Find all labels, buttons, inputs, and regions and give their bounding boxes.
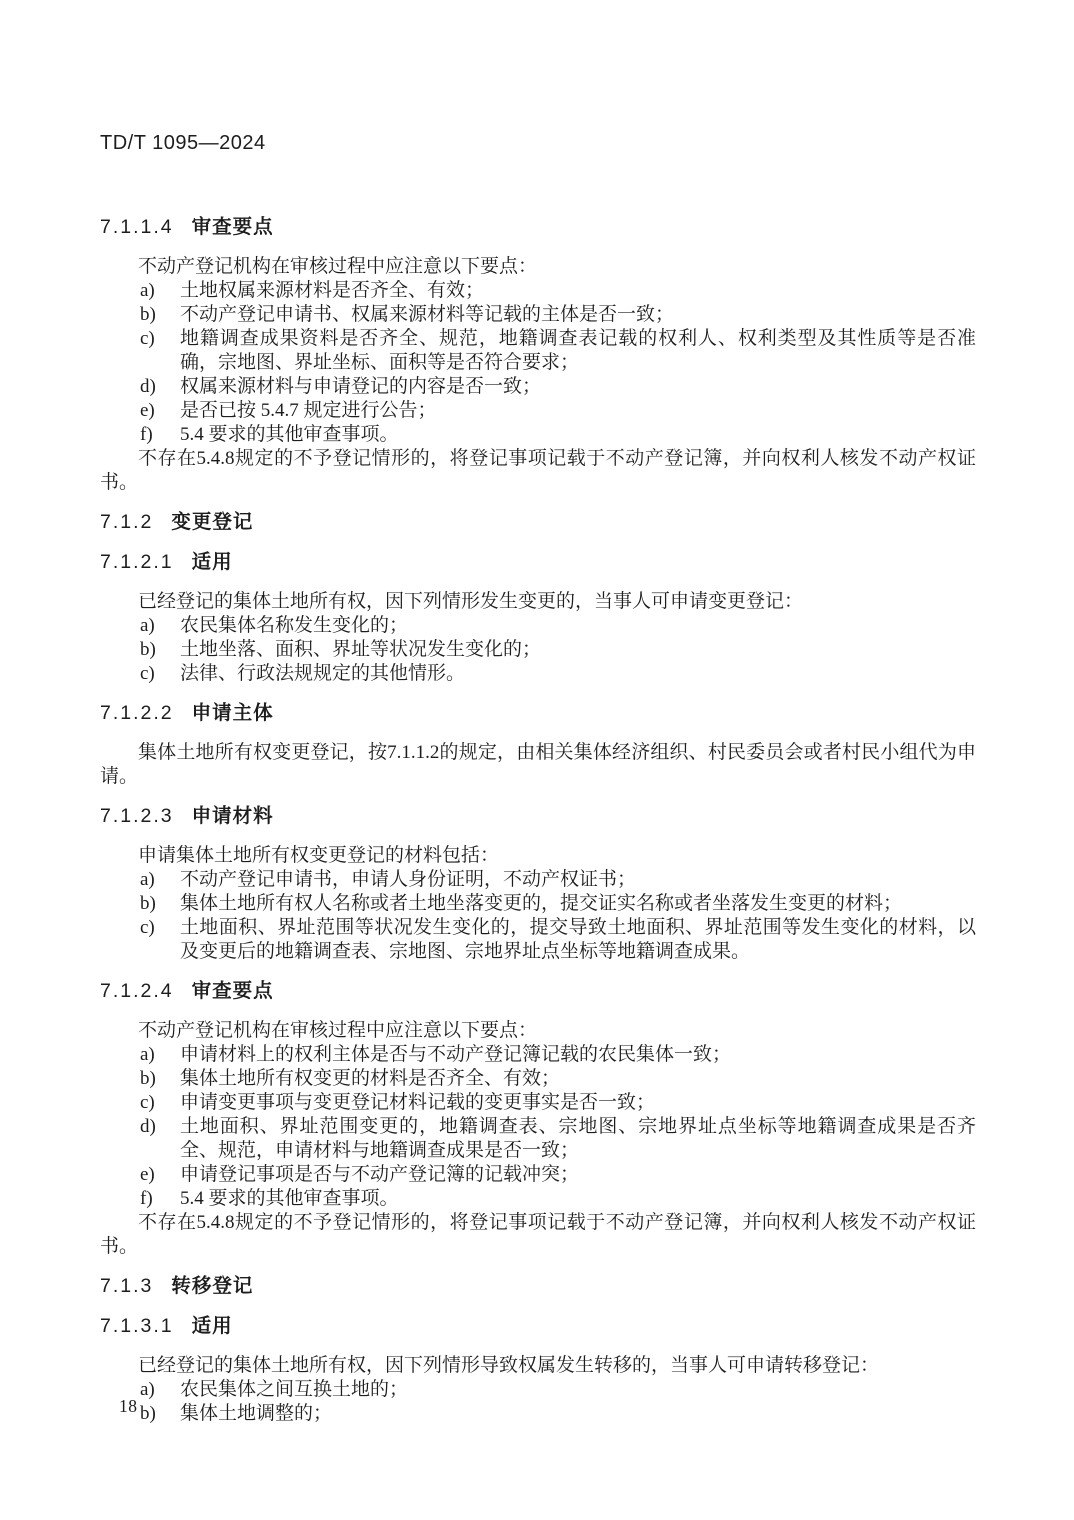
list-item-text: 土地面积、界址范围变更的，地籍调查表、宗地图、宗地界址点坐标等地籍调查成果是否齐… xyxy=(180,1115,976,1163)
list-item-text: 不动产登记申请书，申请人身份证明，不动产权证书； xyxy=(180,868,976,892)
list-item: c)申请变更事项与变更登记材料记载的变更事实是否一致； xyxy=(140,1091,976,1115)
clause-list: a)不动产登记申请书，申请人身份证明，不动产权证书；b)集体土地所有权人名称或者… xyxy=(100,868,976,964)
section-7.1.2.1: 7.1.2.1适用已经登记的集体土地所有权，因下列情形发生变更的，当事人可申请变… xyxy=(100,550,976,686)
clause-list: a)农民集体之间互换土地的；b)集体土地调整的； xyxy=(100,1378,976,1426)
list-item-label: b) xyxy=(140,1067,180,1091)
section-heading: 7.1.2变更登记 xyxy=(100,510,976,535)
section-7.1.2.3: 7.1.2.3申请材料申请集体土地所有权变更登记的材料包括：a)不动产登记申请书… xyxy=(100,804,976,964)
list-item-label: c) xyxy=(140,1091,180,1115)
list-item-label: f) xyxy=(140,423,180,447)
section-title: 变更登记 xyxy=(171,511,253,533)
list-item: a)农民集体名称发生变化的； xyxy=(140,614,976,638)
list-item-text: 法律、行政法规规定的其他情形。 xyxy=(180,662,976,686)
list-item-label: b) xyxy=(140,1402,180,1426)
list-item-label: d) xyxy=(140,1115,180,1163)
list-item: f)5.4 要求的其他审查事项。 xyxy=(140,1187,976,1211)
list-item-text: 申请材料上的权利主体是否与不动产登记簿记载的农民集体一致； xyxy=(180,1043,976,1067)
section-title: 审查要点 xyxy=(192,216,274,238)
list-item: a)土地权属来源材料是否齐全、有效； xyxy=(140,279,976,303)
paragraph: 已经登记的集体土地所有权，因下列情形发生变更的，当事人可申请变更登记： xyxy=(100,590,976,614)
list-item-text: 申请变更事项与变更登记材料记载的变更事实是否一致； xyxy=(180,1091,976,1115)
section-heading: 7.1.1.4审查要点 xyxy=(100,215,976,240)
section-heading: 7.1.2.2申请主体 xyxy=(100,701,976,726)
list-item-label: b) xyxy=(140,303,180,327)
list-item-label: d) xyxy=(140,375,180,399)
section-number: 7.1.2.2 xyxy=(100,702,174,724)
list-item-label: a) xyxy=(140,279,180,303)
list-item-label: c) xyxy=(140,662,180,686)
paragraph: 不动产登记机构在审核过程中应注意以下要点： xyxy=(100,255,976,279)
clause-list: a)申请材料上的权利主体是否与不动产登记簿记载的农民集体一致；b)集体土地所有权… xyxy=(100,1043,976,1211)
list-item-label: a) xyxy=(140,614,180,638)
section-title: 申请主体 xyxy=(192,702,274,724)
paragraph: 不存在5.4.8规定的不予登记情形的，将登记事项记载于不动产登记簿，并向权利人核… xyxy=(100,1211,976,1259)
section-number: 7.1.2.4 xyxy=(100,980,174,1002)
list-item-label: a) xyxy=(140,1043,180,1067)
page-number: 18 xyxy=(119,1394,138,1418)
list-item-label: c) xyxy=(140,327,180,375)
paragraph: 申请集体土地所有权变更登记的材料包括： xyxy=(100,844,976,868)
section-number: 7.1.3 xyxy=(100,1275,153,1297)
section-7.1.1.4: 7.1.1.4审查要点不动产登记机构在审核过程中应注意以下要点：a)土地权属来源… xyxy=(100,215,976,495)
list-item-label: e) xyxy=(140,1163,180,1187)
paragraph: 已经登记的集体土地所有权，因下列情形导致权属发生转移的，当事人可申请转移登记： xyxy=(100,1354,976,1378)
list-item: d)土地面积、界址范围变更的，地籍调查表、宗地图、宗地界址点坐标等地籍调查成果是… xyxy=(140,1115,976,1163)
list-item: f)5.4 要求的其他审查事项。 xyxy=(140,423,976,447)
list-item-text: 土地坐落、面积、界址等状况发生变化的； xyxy=(180,638,976,662)
paragraph: 不存在5.4.8规定的不予登记情形的，将登记事项记载于不动产登记簿，并向权利人核… xyxy=(100,447,976,495)
list-item-text: 农民集体之间互换土地的； xyxy=(180,1378,976,1402)
section-heading: 7.1.3转移登记 xyxy=(100,1274,976,1299)
list-item-label: b) xyxy=(140,892,180,916)
list-item: a)申请材料上的权利主体是否与不动产登记簿记载的农民集体一致； xyxy=(140,1043,976,1067)
list-item-text: 集体土地所有权变更的材料是否齐全、有效； xyxy=(180,1067,976,1091)
list-item-text: 申请登记事项是否与不动产登记簿的记载冲突； xyxy=(180,1163,976,1187)
list-item-label: a) xyxy=(140,868,180,892)
list-item-text: 不动产登记申请书、权属来源材料等记载的主体是否一致； xyxy=(180,303,976,327)
list-item: b)土地坐落、面积、界址等状况发生变化的； xyxy=(140,638,976,662)
section-title: 申请材料 xyxy=(192,805,274,827)
list-item-label: b) xyxy=(140,638,180,662)
list-item-text: 是否已按 5.4.7 规定进行公告； xyxy=(180,399,976,423)
section-number: 7.1.1.4 xyxy=(100,216,174,238)
document-page: TD/T 1095—2024 7.1.1.4审查要点不动产登记机构在审核过程中应… xyxy=(0,0,1074,1520)
section-7.1.2.4: 7.1.2.4审查要点不动产登记机构在审核过程中应注意以下要点：a)申请材料上的… xyxy=(100,979,976,1259)
list-item-text: 集体土地调整的； xyxy=(180,1402,976,1426)
section-number: 7.1.2.3 xyxy=(100,805,174,827)
clause-list: a)土地权属来源材料是否齐全、有效；b)不动产登记申请书、权属来源材料等记载的主… xyxy=(100,279,976,447)
list-item: c)法律、行政法规规定的其他情形。 xyxy=(140,662,976,686)
section-heading: 7.1.3.1适用 xyxy=(100,1314,976,1339)
paragraph: 不动产登记机构在审核过程中应注意以下要点： xyxy=(100,1019,976,1043)
clause-list: a)农民集体名称发生变化的；b)土地坐落、面积、界址等状况发生变化的；c)法律、… xyxy=(100,614,976,686)
section-7.1.2: 7.1.2变更登记 xyxy=(100,510,976,535)
list-item-text: 5.4 要求的其他审查事项。 xyxy=(180,423,976,447)
list-item-text: 土地面积、界址范围等状况发生变化的，提交导致土地面积、界址范围等发生变化的材料，… xyxy=(180,916,976,964)
list-item-text: 农民集体名称发生变化的； xyxy=(180,614,976,638)
paragraph: 集体土地所有权变更登记，按7.1.1.2的规定，由相关集体经济组织、村民委员会或… xyxy=(100,741,976,789)
section-7.1.3.1: 7.1.3.1适用已经登记的集体土地所有权，因下列情形导致权属发生转移的，当事人… xyxy=(100,1314,976,1426)
list-item: c)土地面积、界址范围等状况发生变化的，提交导致土地面积、界址范围等发生变化的材… xyxy=(140,916,976,964)
list-item: a)农民集体之间互换土地的； xyxy=(140,1378,976,1402)
list-item: e)申请登记事项是否与不动产登记簿的记载冲突； xyxy=(140,1163,976,1187)
list-item-text: 权属来源材料与申请登记的内容是否一致； xyxy=(180,375,976,399)
list-item: b)集体土地调整的； xyxy=(140,1402,976,1426)
section-title: 审查要点 xyxy=(192,980,274,1002)
list-item-label: e) xyxy=(140,399,180,423)
list-item-text: 5.4 要求的其他审查事项。 xyxy=(180,1187,976,1211)
list-item-label: f) xyxy=(140,1187,180,1211)
list-item: b)集体土地所有权人名称或者土地坐落变更的，提交证实名称或者坐落发生变更的材料； xyxy=(140,892,976,916)
list-item: b)不动产登记申请书、权属来源材料等记载的主体是否一致； xyxy=(140,303,976,327)
list-item: b)集体土地所有权变更的材料是否齐全、有效； xyxy=(140,1067,976,1091)
list-item: e)是否已按 5.4.7 规定进行公告； xyxy=(140,399,976,423)
section-number: 7.1.2 xyxy=(100,511,153,533)
section-7.1.3: 7.1.3转移登记 xyxy=(100,1274,976,1299)
list-item: a)不动产登记申请书，申请人身份证明，不动产权证书； xyxy=(140,868,976,892)
section-heading: 7.1.2.1适用 xyxy=(100,550,976,575)
section-number: 7.1.3.1 xyxy=(100,1315,174,1337)
list-item-text: 土地权属来源材料是否齐全、有效； xyxy=(180,279,976,303)
section-title: 适用 xyxy=(192,551,233,573)
list-item-text: 地籍调查成果资料是否齐全、规范，地籍调查表记载的权利人、权利类型及其性质等是否准… xyxy=(180,327,976,375)
section-title: 转移登记 xyxy=(171,1275,253,1297)
document-body: 7.1.1.4审查要点不动产登记机构在审核过程中应注意以下要点：a)土地权属来源… xyxy=(100,200,976,1426)
section-heading: 7.1.2.4审查要点 xyxy=(100,979,976,1004)
section-7.1.2.2: 7.1.2.2申请主体集体土地所有权变更登记，按7.1.1.2的规定，由相关集体… xyxy=(100,701,976,789)
list-item-text: 集体土地所有权人名称或者土地坐落变更的，提交证实名称或者坐落发生变更的材料； xyxy=(180,892,976,916)
list-item: d)权属来源材料与申请登记的内容是否一致； xyxy=(140,375,976,399)
section-number: 7.1.2.1 xyxy=(100,551,174,573)
list-item-label: a) xyxy=(140,1378,180,1402)
document-code: TD/T 1095—2024 xyxy=(100,131,266,155)
section-heading: 7.1.2.3申请材料 xyxy=(100,804,976,829)
list-item: c)地籍调查成果资料是否齐全、规范，地籍调查表记载的权利人、权利类型及其性质等是… xyxy=(140,327,976,375)
section-title: 适用 xyxy=(192,1315,233,1337)
list-item-label: c) xyxy=(140,916,180,964)
